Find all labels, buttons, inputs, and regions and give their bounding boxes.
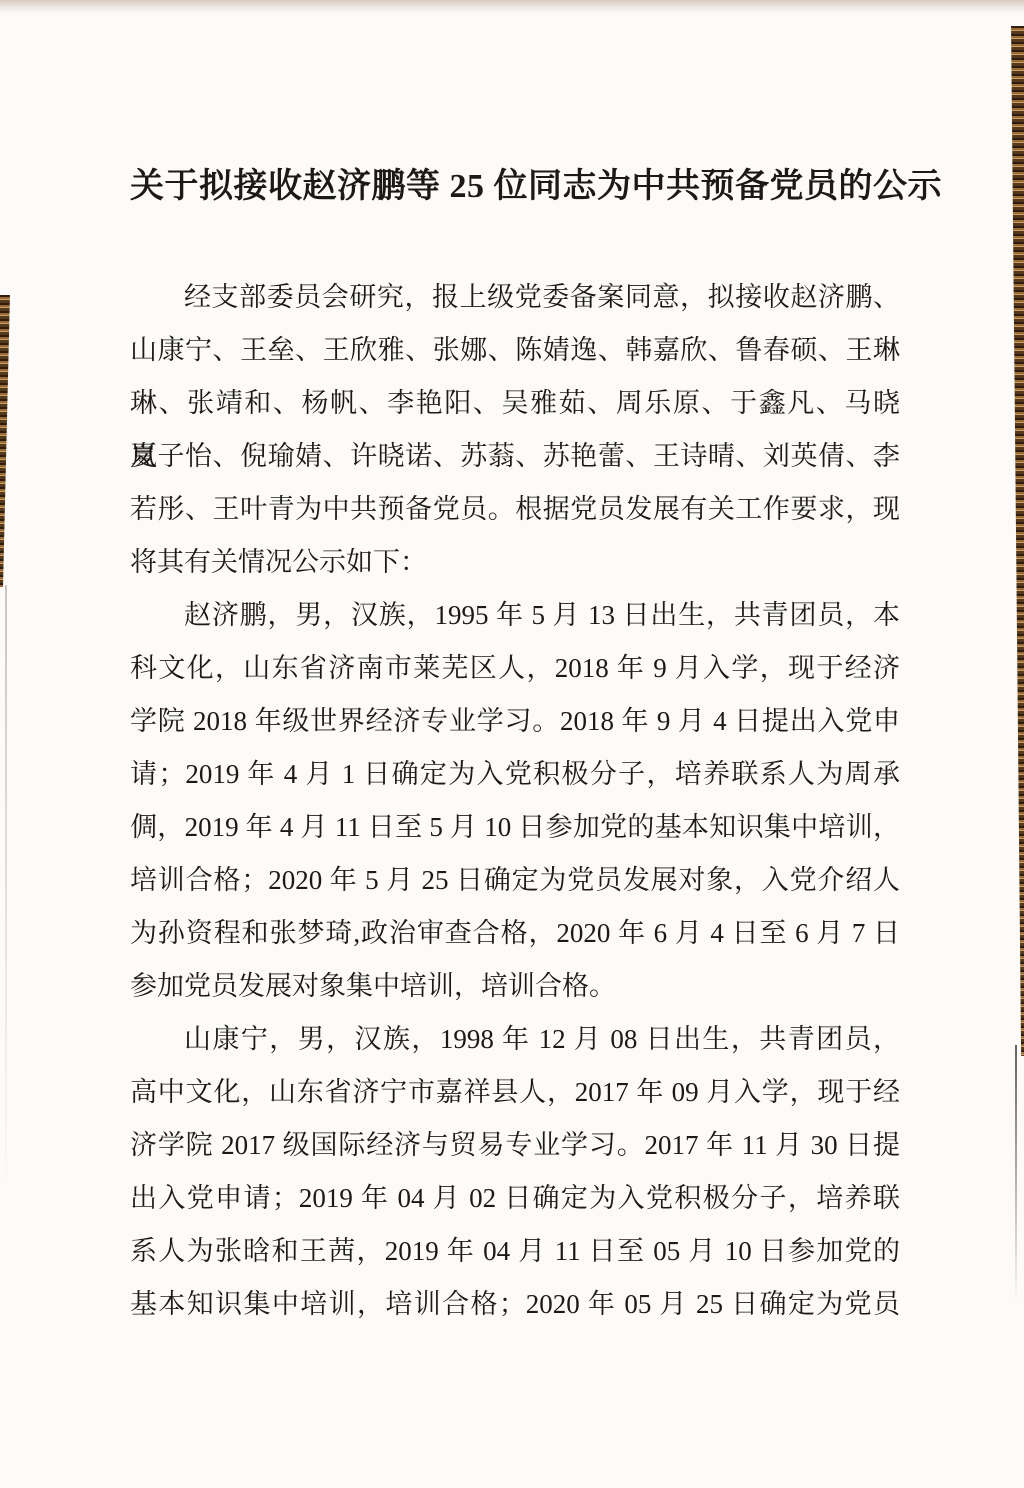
- text-line: 出入党申请；2019 年 04 月 02 日确定为入党积极分子，培养联: [130, 1172, 900, 1225]
- paper-edge-shadow-right: [1015, 1045, 1017, 1305]
- text-line: 山康宁，男，汉族，1998 年 12 月 08 日出生，共青团员，: [130, 1013, 900, 1066]
- document-body: 经支部委员会研究，报上级党委备案同意，拟接收赵济鹏、 山康宁、王垒、王欣雅、张娜…: [130, 271, 900, 1331]
- text-line: 系人为张晗和王茜，2019 年 04 月 11 日至 05 月 10 日参加党的: [130, 1225, 900, 1278]
- text-line: 请；2019 年 4 月 1 日确定为入党积极分子，培养联系人为周承: [130, 748, 900, 801]
- text-line: 参加党员发展对象集中培训，培训合格。: [130, 960, 900, 1013]
- text-line: 经支部委员会研究，报上级党委备案同意，拟接收赵济鹏、: [130, 271, 900, 324]
- text-line: 赵济鹏，男，汉族，1995 年 5 月 13 日出生，共青团员，本: [130, 589, 900, 642]
- paper-edge-shadow-left: [5, 585, 7, 1205]
- text-line: 科文化，山东省济南市莱芜区人，2018 年 9 月入学，现于经济: [130, 642, 900, 695]
- text-line: 基本知识集中培训，培训合格；2020 年 05 月 25 日确定为党员: [130, 1278, 900, 1331]
- text-line: 为孙资程和张梦琦,政治审查合格，2020 年 6 月 4 日至 6 月 7 日: [130, 907, 900, 960]
- text-line: 山康宁、王垒、王欣雅、张娜、陈婧逸、韩嘉欣、鲁春硕、王琳: [130, 324, 900, 377]
- text-line: 若彤、王叶青为中共预备党员。根据党员发展有关工作要求，现: [130, 483, 900, 536]
- text-line: 济学院 2017 级国际经济与贸易专业学习。2017 年 11 月 30 日提: [130, 1119, 900, 1172]
- document-title: 关于拟接收赵济鹏等 25 位同志为中共预备党员的公示: [130, 163, 900, 211]
- text-line: 高中文化，山东省济宁市嘉祥县人，2017 年 09 月入学，现于经: [130, 1066, 900, 1119]
- text-line: 夏子怡、倪瑜婧、许晓诺、苏蓊、苏艳蕾、王诗晴、刘英倩、李: [130, 430, 900, 483]
- text-line: 琳、张靖和、杨帆、李艳阳、吴雅茹、周乐原、于鑫凡、马晓岚、: [130, 377, 900, 430]
- text-line: 学院 2018 年级世界经济专业学习。2018 年 9 月 4 日提出入党申: [130, 695, 900, 748]
- text-line: 培训合格；2020 年 5 月 25 日确定为党员发展对象，入党介绍人: [130, 854, 900, 907]
- wood-edge-right: [1008, 26, 1024, 1056]
- text-line: 倜，2019 年 4 月 11 日至 5 月 10 日参加党的基本知识集中培训，: [130, 801, 900, 854]
- scan-top-shadow: [0, 0, 1024, 14]
- text-line: 将其有关情况公示如下：: [130, 536, 900, 589]
- document-page: 关于拟接收赵济鹏等 25 位同志为中共预备党员的公示 经支部委员会研究，报上级党…: [0, 0, 1024, 1488]
- wood-edge-left: [0, 295, 12, 587]
